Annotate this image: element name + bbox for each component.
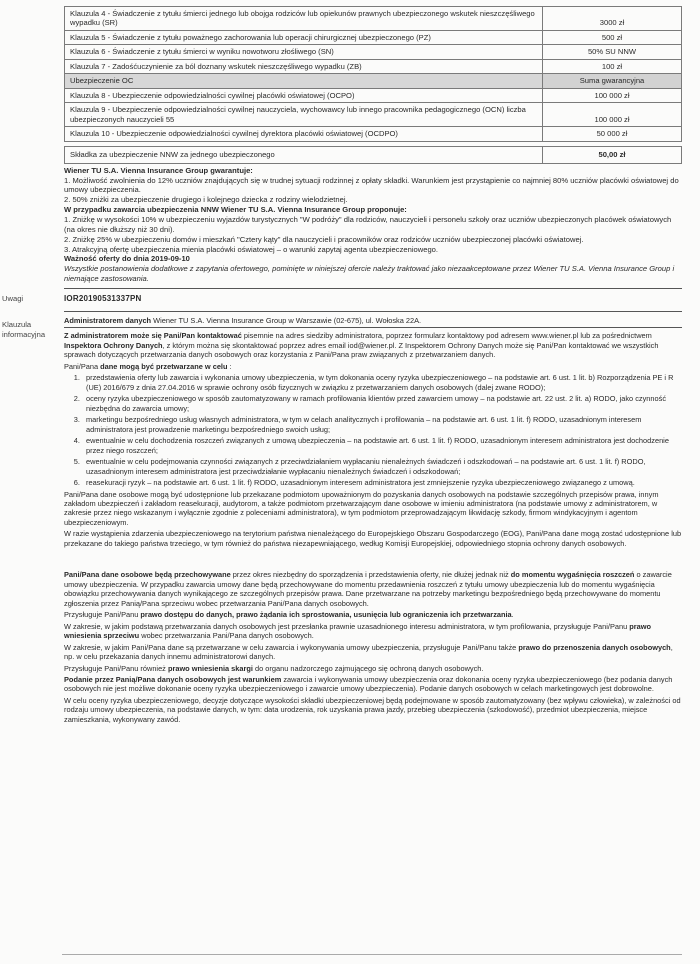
contact-paragraph: Z administratorem może się Pani/Pan kont…	[64, 331, 682, 359]
complaint-paragraph: Przysługuje Pani/Panu również prawo wnie…	[64, 664, 682, 673]
purpose-item: oceny ryzyka ubezpieczeniowego w sposób …	[82, 394, 682, 413]
purpose-intro: Pani/Pana dane mogą być przetwarzane w c…	[64, 362, 682, 371]
clause-row: Klauzula 9 - Ubezpieczenie odpowiedzialn…	[65, 103, 682, 127]
contact-bold: Z administratorem może się Pani/Pan kont…	[64, 331, 242, 340]
clause-row: Klauzula 8 - Ubezpieczenie odpowiedzialn…	[65, 88, 682, 102]
administrator-paragraph: Administratorem danych Wiener TU S.A. Vi…	[64, 316, 682, 325]
guarantee-item: 1. Możliwość zwolnienia do 12% uczniów z…	[64, 176, 682, 196]
sum-guarantee-header: Suma gwarancyjna	[543, 74, 682, 88]
complaint-post: do organu nadzorczego zajmującego się oc…	[253, 664, 484, 673]
access-post: .	[512, 610, 514, 619]
sharing-paragraph: Pani/Pana dane osobowe mogą być udostępn…	[64, 490, 682, 528]
complaint-bold: prawo wniesienia skargi	[168, 664, 253, 673]
clause-amount: 100 000 zł	[543, 88, 682, 102]
purpose-item: ewentualnie w celu dochodzenia roszczeń …	[82, 436, 682, 455]
purpose-post: :	[228, 362, 232, 371]
offer-validity: Ważność oferty do dnia 2019-09-10	[64, 254, 682, 264]
portability-bold: prawo do przenoszenia danych osobowych	[518, 643, 670, 652]
offer-document-page: Klauzula 4 - Świadczenie z tytułu śmierc…	[0, 0, 700, 964]
eog-paragraph: W razie wystąpienia zdarzenia ubezpiecze…	[64, 529, 682, 548]
storage-bold-2: do momentu wygaśnięcia roszczeń	[511, 570, 635, 579]
objection-paragraph: W zakresie, w jakim podstawą przetwarzan…	[64, 622, 682, 641]
clause-row: Klauzula 5 - Świadczenie z tytułu poważn…	[65, 30, 682, 44]
offer-item: 1. Zniżkę w wysokości 10% w ubezpieczeni…	[64, 215, 682, 235]
divider	[64, 311, 682, 312]
access-bold: prawo dostępu do danych, prawo żądania i…	[140, 610, 511, 619]
oc-section-title: Ubezpieczenie OC	[65, 74, 543, 88]
clause-label: Klauzula 5 - Świadczenie z tytułu poważn…	[65, 30, 543, 44]
purpose-bold: dane mogą być przetwarzane w celu	[100, 362, 227, 371]
objection-post: wobec przetwarzania Pani/Pana danych oso…	[139, 631, 314, 640]
clause-row: Klauzula 6 - Świadczenie z tytułu śmierc…	[65, 45, 682, 59]
divider	[64, 327, 682, 328]
automated-decision-paragraph: W celu oceny ryzyka ubezpieczeniowego, d…	[64, 696, 682, 724]
complaint-pre: Przysługuje Pani/Panu również	[64, 664, 168, 673]
clause-row: Klauzula 7 - Zadośćuczynienie za ból doz…	[65, 59, 682, 73]
iod-bold: Inspektora Ochrony Danych	[64, 341, 163, 350]
clause-amount: 50% SU NNW	[543, 45, 682, 59]
info-clause-label: Klauzula informacyjna	[2, 320, 57, 340]
clause-label: Klauzula 9 - Ubezpieczenie odpowiedzialn…	[65, 103, 543, 127]
disclaimer: Wszystkie postanowienia dodatkowe z zapy…	[64, 264, 682, 284]
storage-paragraph: Pani/Pana dane osobowe będą przechowywan…	[64, 570, 682, 608]
clause-amount: 100 zł	[543, 59, 682, 73]
nnw-clauses-table: Klauzula 4 - Świadczenie z tytułu śmierc…	[64, 6, 682, 142]
portability-paragraph: W zakresie, w jakim Pani/Pana dane są pr…	[64, 643, 682, 662]
purpose-item: reasekuracji ryzyk – na podstawie art. 6…	[82, 478, 682, 487]
administrator-text: Wiener TU S.A. Vienna Insurance Group w …	[151, 316, 421, 325]
clause-amount: 50 000 zł	[543, 127, 682, 141]
access-pre: Przysługuje Pani/Panu	[64, 610, 140, 619]
provision-paragraph: Podanie przez Panią/Pana danych osobowyc…	[64, 675, 682, 694]
oc-section-header: Ubezpieczenie OC Suma gwarancyjna	[65, 74, 682, 88]
purpose-item: przedstawienia oferty lub zawarcia i wyk…	[82, 373, 682, 392]
guarantees-section: Wiener TU S.A. Vienna Insurance Group gw…	[64, 166, 682, 284]
premium-row: Składka za ubezpieczenie NNW za jednego …	[65, 146, 682, 163]
purpose-item: marketingu bezpośredniego usług własnych…	[82, 415, 682, 434]
clause-label: Klauzula 4 - Świadczenie z tytułu śmierc…	[65, 7, 543, 31]
clause-label: Klauzula 10 - Ubezpieczenie odpowiedzial…	[65, 127, 543, 141]
document-content: Klauzula 4 - Świadczenie z tytułu śmierc…	[64, 6, 682, 726]
offer-heading: W przypadku zawarcia ubezpieczenia NNW W…	[64, 205, 682, 215]
provision-bold: Podanie przez Panią/Pana danych osobowyc…	[64, 675, 281, 684]
guarantees-heading: Wiener TU S.A. Vienna Insurance Group gw…	[64, 166, 682, 176]
portability-pre: W zakresie, w jakim Pani/Pana dane są pr…	[64, 643, 518, 652]
purpose-pre: Pani/Pana	[64, 362, 100, 371]
clause-label: Klauzula 7 - Zadośćuczynienie za ból doz…	[65, 59, 543, 73]
clause-amount: 100 000 zł	[543, 103, 682, 127]
administrator-bold: Administratorem danych	[64, 316, 151, 325]
remarks-label: Uwagi	[2, 294, 57, 304]
clause-row: Klauzula 4 - Świadczenie z tytułu śmierc…	[65, 7, 682, 31]
clause-label: Klauzula 8 - Ubezpieczenie odpowiedzialn…	[65, 88, 543, 102]
objection-pre: W zakresie, w jakim podstawą przetwarzan…	[64, 622, 629, 631]
contact-text: pisemnie na adres siedziby administrator…	[242, 331, 652, 340]
clause-row: Klauzula 10 - Ubezpieczenie odpowiedzial…	[65, 127, 682, 141]
purpose-list: przedstawienia oferty lub zawarcia i wyk…	[64, 373, 682, 487]
storage-text: przez okres niezbędny do sporządzenia i …	[231, 570, 511, 579]
remarks-value: IOR20190531337PN	[64, 289, 682, 307]
premium-label: Składka za ubezpieczenie NNW za jednego …	[65, 146, 543, 163]
offer-item: 3. Atrakcyjną ofertę ubezpieczenia mieni…	[64, 245, 682, 255]
premium-table: Składka za ubezpieczenie NNW za jednego …	[64, 146, 682, 164]
storage-bold: Pani/Pana dane osobowe będą przechowywan…	[64, 570, 231, 579]
clause-amount: 500 zł	[543, 30, 682, 44]
info-clause-section: Klauzula informacyjna Administratorem da…	[64, 316, 682, 724]
page-bottom-edge	[62, 954, 682, 955]
access-paragraph: Przysługuje Pani/Panu prawo dostępu do d…	[64, 610, 682, 619]
premium-amount: 50,00 zł	[543, 146, 682, 163]
clause-label: Klauzula 6 - Świadczenie z tytułu śmierc…	[65, 45, 543, 59]
clause-amount: 3000 zł	[543, 7, 682, 31]
guarantee-item: 2. 50% zniżki za ubezpieczenie drugiego …	[64, 195, 682, 205]
purpose-item: ewentualnie w celu podejmowania czynnośc…	[82, 457, 682, 476]
remarks-row: Uwagi IOR20190531337PN	[64, 289, 682, 307]
offer-item: 2. Zniżkę 25% w ubezpieczeniu domów i mi…	[64, 235, 682, 245]
